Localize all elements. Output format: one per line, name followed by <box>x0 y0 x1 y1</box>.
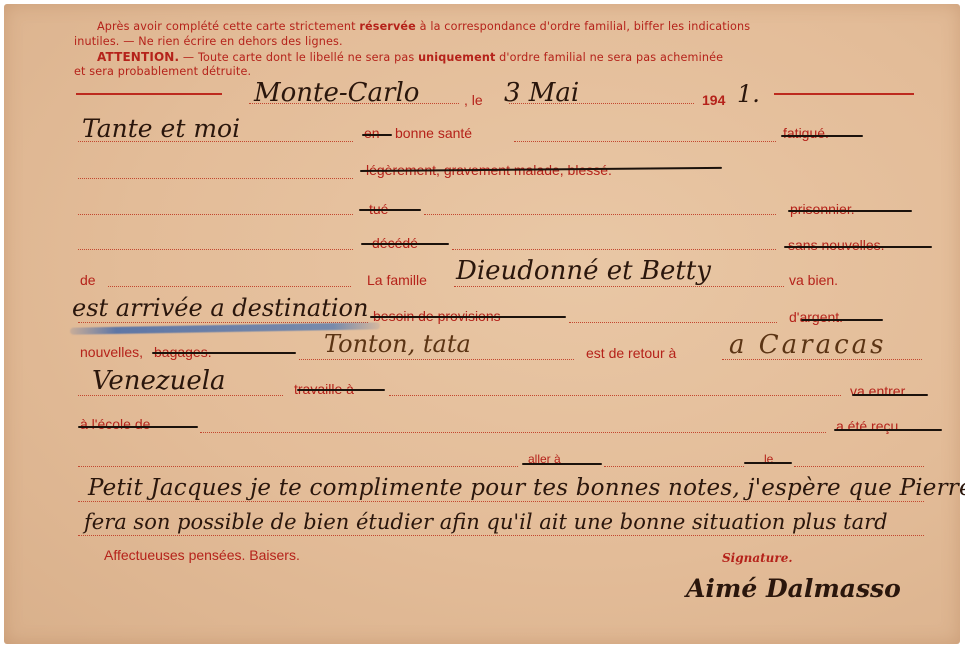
rule-right <box>774 93 914 95</box>
handwritten-message-line-1: Petit Jacques je te complimente pour tes… <box>88 475 965 501</box>
le-label: , le <box>464 92 483 108</box>
instruction-line-1: Après avoir complété cette carte stricte… <box>97 20 750 33</box>
dotted-line <box>78 214 353 215</box>
option-a-ete-recu: a été reçu <box>836 418 898 434</box>
postcard: Après avoir complété cette carte stricte… <box>4 4 960 644</box>
handwritten-tante-et-moi: Tante et moi <box>82 114 240 143</box>
option-va-entrer: va entrer <box>850 383 905 399</box>
dotted-line <box>454 286 784 287</box>
dotted-line <box>452 249 776 250</box>
dotted-line <box>78 249 353 250</box>
la-famille-label: La famille <box>367 272 427 288</box>
dotted-line <box>78 501 924 502</box>
handwritten-family-names: Dieudonné et Betty <box>456 256 711 286</box>
handwritten-place: Monte-Carlo <box>254 78 419 108</box>
dotted-line <box>78 535 924 536</box>
instruction-line-2: inutiles. — Ne rien écrire en dehors des… <box>74 35 343 48</box>
dotted-line <box>299 359 574 360</box>
handwritten-signature: Aimé Dalmasso <box>686 574 901 603</box>
handwritten-venezuela: Venezuela <box>92 366 226 396</box>
dotted-line <box>389 395 841 396</box>
closing-text: Affectueuses pensées. Baisers. <box>104 547 300 563</box>
instruction-line-4: et sera probablement détruite. <box>74 65 251 78</box>
option-bonne-sante: bonne santé <box>395 125 472 141</box>
dotted-line <box>78 178 353 179</box>
option-fatigue: fatigué. <box>783 125 829 141</box>
option-prisonnier: prisonnier. <box>790 201 855 217</box>
handwritten-message-line-2: fera son possible de bien étudier afin q… <box>84 510 888 534</box>
year-prefix: 194 <box>702 92 725 108</box>
option-en: en <box>364 125 380 141</box>
dotted-line <box>108 286 351 287</box>
handwritten-tonton-tata: Tonton, tata <box>324 330 471 358</box>
rule-left <box>76 93 222 95</box>
de-label: de <box>80 272 96 288</box>
va-bien-label: va bien. <box>789 272 838 288</box>
handwritten-caracas: a Caracas <box>729 330 887 360</box>
dotted-line <box>569 322 777 323</box>
dotted-line <box>514 141 776 142</box>
nouvelles-label: nouvelles, <box>80 344 143 360</box>
attention-line: ATTENTION. — Toute carte dont le libellé… <box>97 50 723 64</box>
dotted-line <box>78 466 518 467</box>
handwritten-date: 3 Mai <box>504 78 579 108</box>
option-ecole: à l'école de <box>80 416 150 432</box>
option-sans-nouvelles: sans nouvelles. <box>788 237 885 253</box>
dotted-line <box>200 432 826 433</box>
signature-label: Signature. <box>722 551 793 565</box>
handwritten-arrivee: est arrivée a destination <box>72 294 368 322</box>
dotted-line <box>794 466 924 467</box>
handwritten-year-digit: 1. <box>737 80 760 108</box>
option-argent: d'argent. <box>789 309 843 325</box>
dotted-line <box>604 466 744 467</box>
dotted-line <box>424 214 776 215</box>
est-de-retour-label: est de retour à <box>586 345 676 361</box>
